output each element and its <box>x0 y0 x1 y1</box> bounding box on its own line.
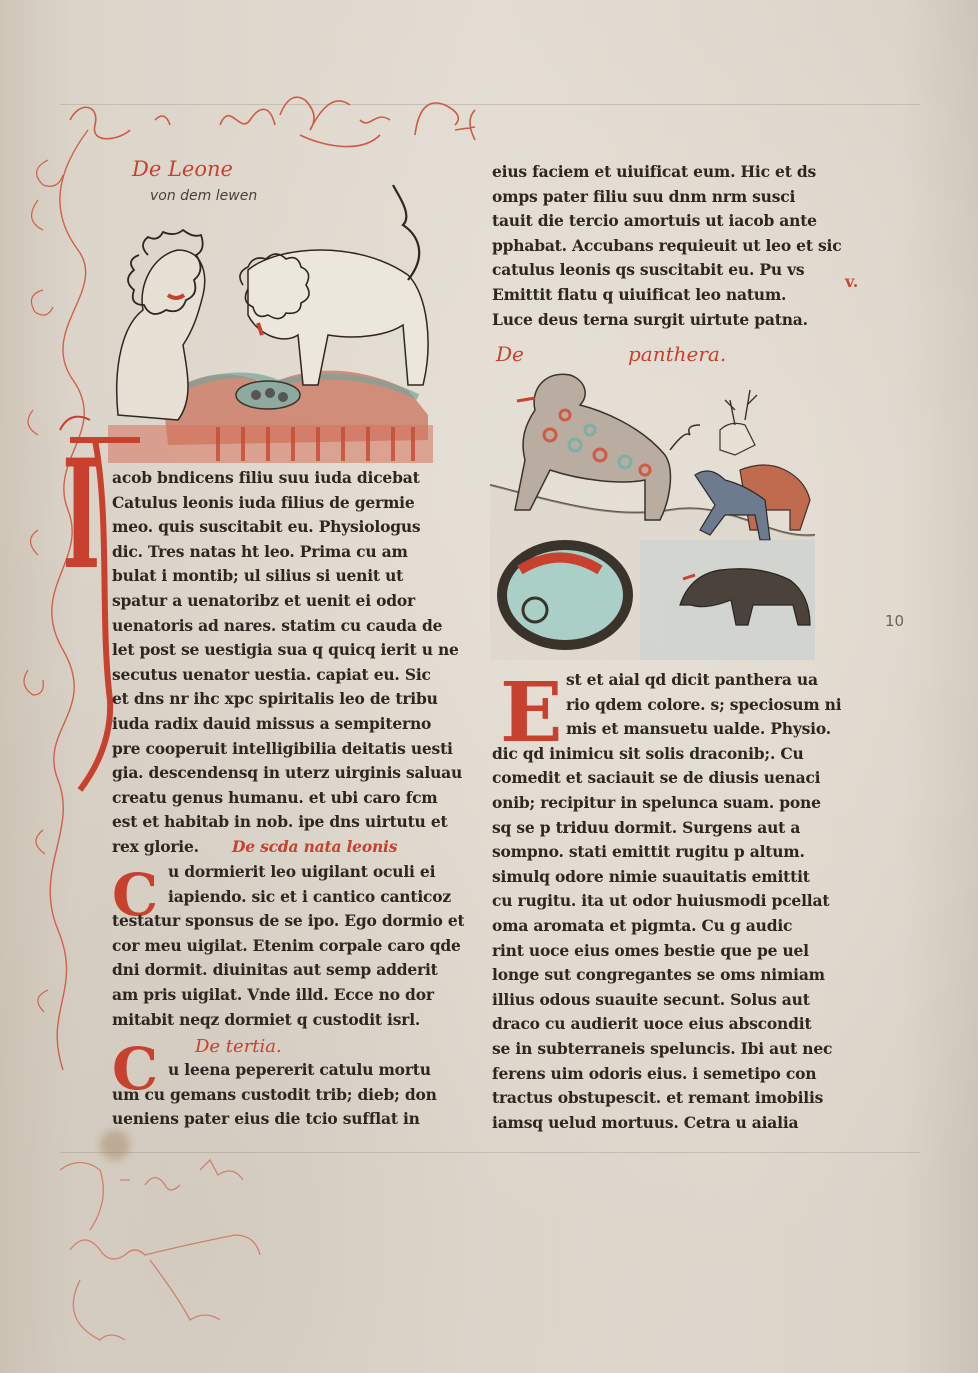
text-line: u dormierit leo uigilant oculi ei <box>112 860 464 885</box>
text-line: u leena pepererit catulu mortu <box>112 1058 437 1083</box>
text-line: creatu genus humanu. et ubi caro fcm <box>112 786 462 811</box>
lion-illustration <box>108 215 433 463</box>
text-line: gia. descendensq in uterz uirginis salua… <box>112 761 462 786</box>
text-line: uenatoris ad nares. statim cu cauda de <box>112 614 462 639</box>
text-line: iuda radix dauid missus a sempiterno <box>112 712 462 737</box>
text-line: tractus obstupescit. et remant imobilis <box>492 1086 841 1111</box>
text-line: cu rugitu. ita ut odor huiusmodi pcellat <box>492 889 841 914</box>
panther-illustration <box>490 370 815 660</box>
text-line: cor meu uigilat. Etenim corpale caro qde <box>112 934 464 959</box>
text-line: omps pater filiu suu dnm nrm susci <box>492 185 841 210</box>
section-heading-tertia: De tertia. <box>195 1036 282 1057</box>
text-line: oma aromata et pigmta. Cu g audic <box>492 914 841 939</box>
text-line: rio qdem colore. s; speciosum ni <box>492 693 841 718</box>
bottom-margin-scribble <box>20 1150 320 1350</box>
text-line: dni dormit. diuinitas aut semp adderit <box>112 958 464 983</box>
text-line: dic. Tres natas ht leo. Prima cu am <box>112 540 462 565</box>
text-line: onib; recipitur in spelunca suam. pone <box>492 791 841 816</box>
right-column-text: st et aial qd dicit panthera ua rio qdem… <box>492 668 841 1135</box>
section-heading-de-leone: De Leone <box>132 157 233 181</box>
text-line: acob bndicens filiu suu iuda dicebat <box>112 466 462 491</box>
text-line: mitabit neqz dormiet q custodit isrl. <box>112 1008 464 1033</box>
text-line: testatur sponsus de se ipo. Ego dormio e… <box>112 909 464 934</box>
right-column-text-top: eius faciem et uiuificat eum. Hic et ds … <box>492 160 841 332</box>
text-line: eius faciem et uiuificat eum. Hic et ds <box>492 160 841 185</box>
text-line: Emittit flatu q uiuificat leo natum. <box>492 283 841 308</box>
folio-number: v. <box>845 272 858 291</box>
pencil-mark: 10 <box>885 612 904 630</box>
text-line: meo. quis suscitabit eu. Physiologus <box>112 515 462 540</box>
text-line: st et aial qd dicit panthera ua <box>492 668 841 693</box>
section-heading-panthera: panthera. <box>628 342 726 366</box>
text-line: se in subterraneis speluncis. Ibi aut ne… <box>492 1037 841 1062</box>
text-line: ueniens pater eius die tcio sufflat in <box>112 1107 437 1132</box>
section-heading-de: De <box>496 342 524 366</box>
text-line: iapiendo. sic et i cantico canticoz <box>112 885 464 910</box>
text-line: Catulus leonis iuda filius de germie <box>112 491 462 516</box>
text-line: pphabat. Accubans requieuit ut leo et si… <box>492 234 841 259</box>
text-line: tauit die tercio amortuis ut iacob ante <box>492 209 841 234</box>
section2-text: u dormierit leo uigilant oculi ei iapien… <box>112 860 464 1032</box>
text-line: draco cu audierit uoce eius abscondit <box>492 1012 841 1037</box>
text-line: sq se p triduu dormit. Surgens aut a <box>492 816 841 841</box>
text-line: mis et mansuetu ualde. Physio. <box>492 717 841 742</box>
text-line: bulat i montib; ul silius si uenit ut <box>112 564 462 589</box>
section-heading-secunda: De scda nata leonis <box>232 837 397 856</box>
text-line: dic qd inimicu sit solis draconib;. Cu <box>492 742 841 767</box>
text-line: catulus leonis qs suscitabit eu. Pu vs <box>492 258 841 283</box>
text-fragment: rex glorie. <box>112 837 199 856</box>
text-line: sompno. stati emittit rugitu p altum. <box>492 840 841 865</box>
text-line: pre cooperuit intelligibilia deitatis ue… <box>112 737 462 762</box>
section3-text: u leena pepererit catulu mortu um cu gem… <box>112 1058 437 1132</box>
text-line: let post se uestigia sua q quicq ierit u… <box>112 638 462 663</box>
text-line: ferens uim odoris eius. i semetipo con <box>492 1062 841 1087</box>
text-line: simulq odore nimie suauitatis emittit <box>492 865 841 890</box>
text-line: iamsq uelud mortuus. Cetra u aialia <box>492 1111 841 1136</box>
text-line: et dns nr ihc xpc spiritalis leo de trib… <box>112 687 462 712</box>
text-line: secutus uenator uestia. capiat eu. Sic <box>112 663 462 688</box>
german-gloss: von dem lewen <box>150 188 257 204</box>
text-line: am pris uigilat. Vnde illd. Ecce no dor <box>112 983 464 1008</box>
text-line: est et habitab in nob. ipe dns uirtutu e… <box>112 810 462 835</box>
text-line: spatur a uenatoribz et uenit ei odor <box>112 589 462 614</box>
text-line: illius odous suauite secunt. Solus aut <box>492 988 841 1013</box>
left-column-text: acob bndicens filiu suu iuda dicebat Cat… <box>112 466 462 860</box>
text-line: Luce deus terna surgit uirtute patna. <box>492 308 841 333</box>
text-line: rex glorie. De scda nata leonis <box>112 835 462 860</box>
text-line: um cu gemans custodit trib; dieb; don <box>112 1083 437 1108</box>
text-line: longe sut congregantes se oms nimiam <box>492 963 841 988</box>
text-line: comedit et saciauit se de diusis uenaci <box>492 766 841 791</box>
text-line: rint uoce eius omes bestie que pe uel <box>492 939 841 964</box>
